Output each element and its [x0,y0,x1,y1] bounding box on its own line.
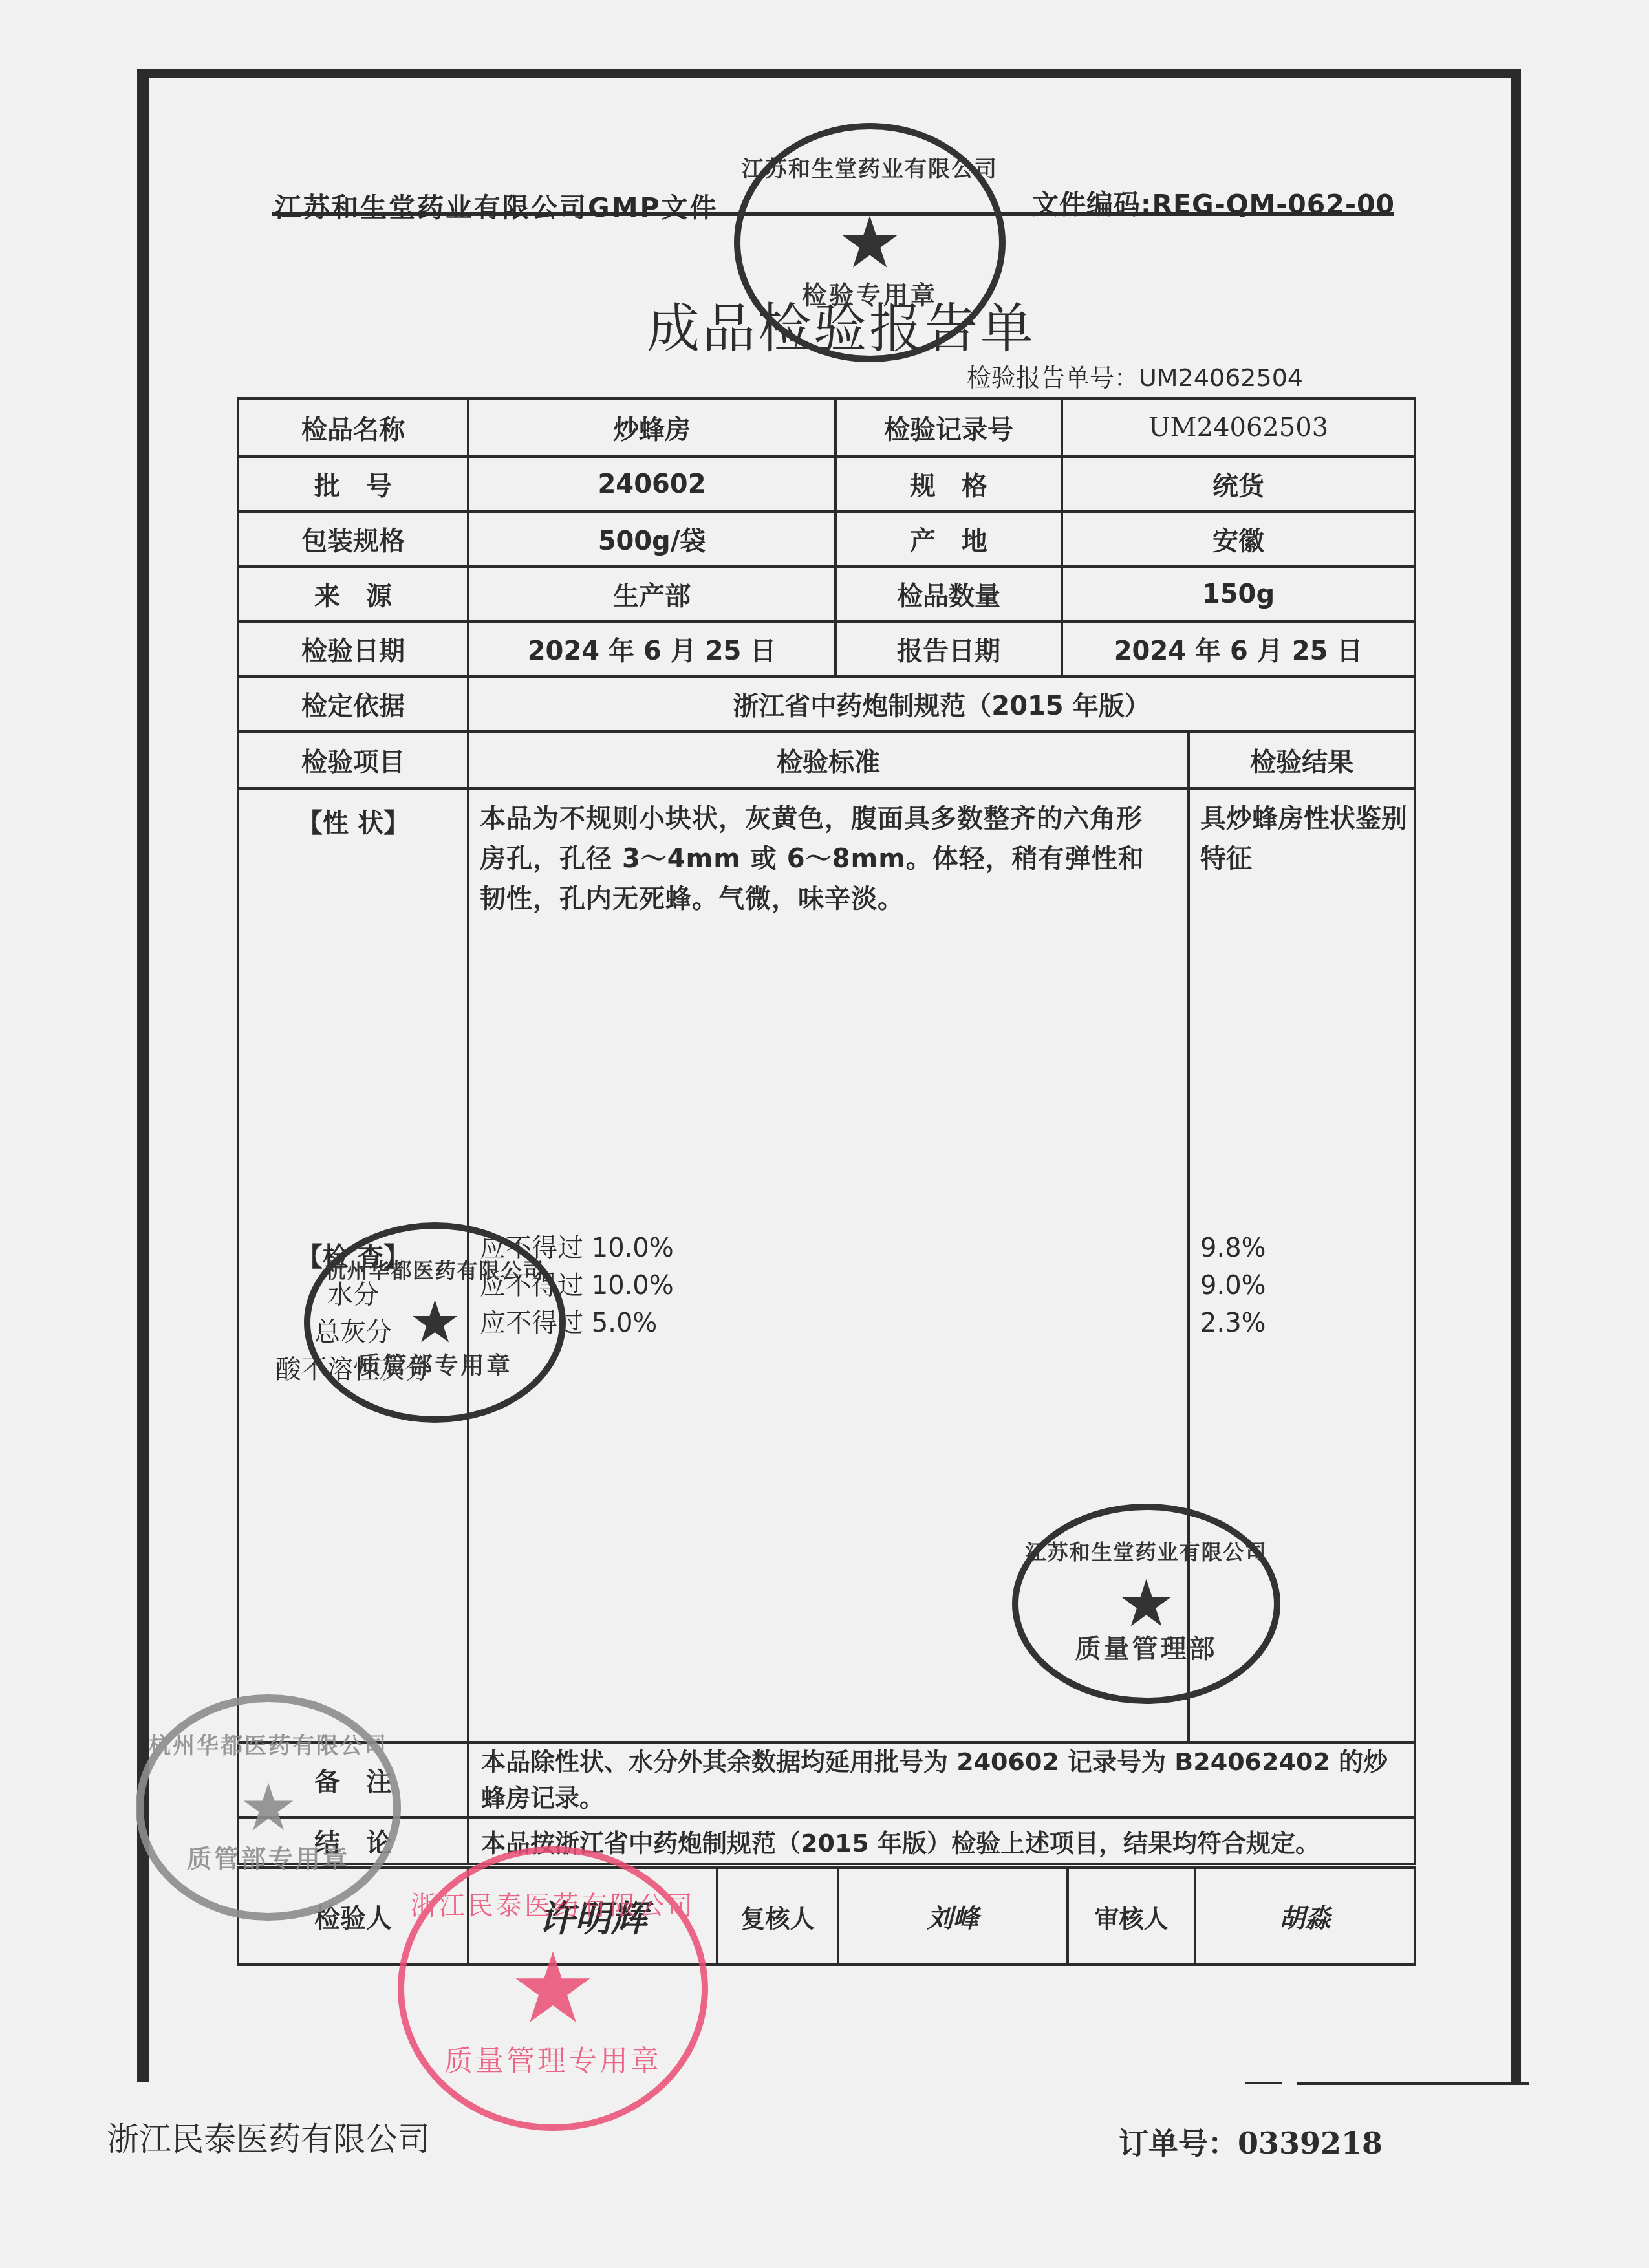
result-inspection-list: 9.8% 9.0% 2.3% [1200,1229,1403,1342]
label-product-name: 检品名称 [238,398,468,457]
stamp-bottom-text: 质量管理部 [1075,1628,1218,1665]
value-remark: 本品除性状、水分外其余数据均延用批号为 240602 记录号为 B2406240… [468,1742,1415,1817]
value-origin: 安徽 [1062,512,1415,567]
value-product-name: 炒蜂房 [468,398,835,457]
stamp-bottom-text: 质管部专用章 [357,1348,512,1381]
table-row: 备 注 本品除性状、水分外其余数据均延用批号为 240602 记录号为 B240… [238,1742,1415,1817]
signature-reviewer: 刘峰 [838,1868,1068,1965]
header-test-result: 检验结果 [1189,731,1415,788]
label-quantity: 检品数量 [835,567,1062,621]
stamp-arc-text: 江苏和生堂药业有限公司 [1025,1536,1267,1566]
star-icon: ★ [239,1775,297,1840]
footer-company: 浙江民泰医药有限公司 [107,2113,430,2160]
label-source: 来 源 [238,567,468,621]
result-acid-insoluble-ash: 2.3% [1200,1304,1403,1342]
value-batch-no: 240602 [468,457,835,512]
label-origin: 产 地 [835,512,1062,567]
table-row: 检品名称 炒蜂房 检验记录号 UM24062503 [238,398,1415,457]
order-label: 订单号： [1119,2126,1238,2161]
header-test-item: 检验项目 [238,731,468,788]
result-description: 具炒蜂房性状鉴别特征 [1200,799,1407,1229]
result-total-ash: 9.0% [1200,1267,1403,1304]
header-company-doc: 江苏和生堂药业有限公司GMP文件 [275,186,718,224]
label-reviewer: 复核人 [717,1868,838,1965]
star-icon: ★ [1117,1571,1176,1636]
star-icon: ★ [838,207,902,278]
label-package: 包装规格 [238,512,468,567]
footer-order-number: 订单号：0339218 [1119,2120,1383,2163]
table-row: 结 论 本品按浙江省中药炮制规范（2015 年版）检验上述项目，结果均符合规定。 [238,1817,1415,1864]
table-row: 检验日期 2024 年 6 月 25 日 报告日期 2024 年 6 月 25 … [238,621,1415,676]
stamp-hangzhou-qa-faded: 杭州华都医药有限公司 ★ 质管部专用章 [136,1694,401,1921]
order-value: 0339218 [1238,2126,1383,2161]
stamp-bottom-text: 质量管理专用章 [444,2038,662,2079]
stamp-hesheng-inspection: 江苏和生堂药业有限公司 ★ 检验专用章 [734,123,1006,362]
label-inspection-date: 检验日期 [238,621,468,676]
value-record-no: UM24062503 [1062,398,1415,457]
signature-approver: 胡淼 [1195,1868,1415,1965]
standard-description: 本品为不规则小块状，灰黄色，腹面具多数整齐的六角形房孔，孔径 3～4mm 或 6… [480,799,1165,1229]
stamp-hangzhou-qa: 杭州华都医药有限公司 ★ 质管部专用章 [304,1222,566,1423]
frame-bottom-segment [1297,2082,1529,2085]
report-number-value: UM24062504 [1139,363,1303,392]
table-row: 批 号 240602 规 格 统货 [238,457,1415,512]
value-quantity: 150g [1062,567,1415,621]
stamp-hesheng-qa: 江苏和生堂药业有限公司 ★ 质量管理部 [1012,1504,1280,1704]
label-record-no: 检验记录号 [835,398,1062,457]
standard-total-ash: 应不得过 10.0% [480,1267,1177,1304]
value-spec: 统货 [1062,457,1415,512]
value-basis: 浙江省中药炮制规范（2015 年版） [468,676,1415,731]
value-source: 生产部 [468,567,835,621]
standard-water: 应不得过 10.0% [480,1229,1177,1267]
label-spec: 规 格 [835,457,1062,512]
stamp-arc-text: 浙江民泰医药有限公司 [411,1885,695,1922]
stamp-arc-text: 杭州华都医药有限公司 [149,1728,388,1760]
value-report-date: 2024 年 6 月 25 日 [1062,621,1415,676]
item-description: 【性 状】 [239,803,467,1087]
stamp-bottom-text: 质管部专用章 [187,1839,350,1874]
report-number: 检验报告单号：UM24062504 [967,358,1303,393]
table-row: 检定依据 浙江省中药炮制规范（2015 年版） [238,676,1415,731]
label-approver: 审核人 [1068,1868,1195,1965]
result-water: 9.8% [1200,1229,1403,1267]
standard-inspection-list: 应不得过 10.0% 应不得过 10.0% 应不得过 5.0% [480,1229,1177,1342]
label-batch-no: 批 号 [238,457,468,512]
label-basis: 检定依据 [238,676,468,731]
frame-bottom-segment [1245,2082,1282,2084]
stamp-mintai-qa: 浙江民泰医药有限公司 ★ 质量管理专用章 [398,1846,708,2131]
standard-acid-insoluble-ash: 应不得过 5.0% [480,1304,1177,1342]
stamp-bottom-text: 检验专用章 [802,275,938,310]
value-package: 500g/袋 [468,512,835,567]
label-report-date: 报告日期 [835,621,1062,676]
report-number-label: 检验报告单号： [967,363,1139,392]
table-row: 来 源 生产部 检品数量 150g [238,567,1415,621]
stamp-arc-text: 杭州华都医药有限公司 [325,1255,544,1284]
table-row: 包装规格 500g/袋 产 地 安徽 [238,512,1415,567]
stamp-arc-text: 江苏和生堂药业有限公司 [742,151,998,183]
star-icon: ★ [409,1293,461,1352]
frame-corner [137,2069,149,2082]
header-test-standard: 检验标准 [468,731,1189,788]
star-icon: ★ [510,1940,596,2037]
table-header-row: 检验项目 检验标准 检验结果 [238,731,1415,788]
value-inspection-date: 2024 年 6 月 25 日 [468,621,835,676]
